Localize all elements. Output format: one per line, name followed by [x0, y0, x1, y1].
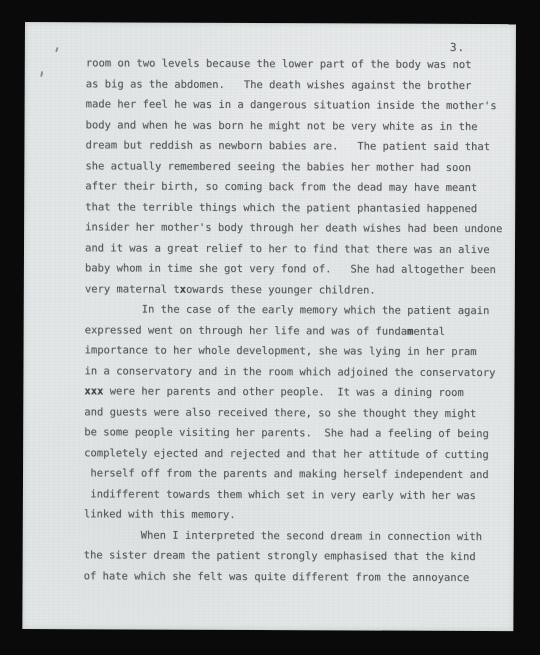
text-line: When I interpreted the second dream in c…	[84, 525, 494, 547]
text-line: of hate which she felt was quite differe…	[84, 566, 494, 588]
text-line: dream but reddish as newborn babies are.…	[85, 135, 495, 157]
text-line: completely ejected and rejected and that…	[84, 443, 494, 465]
ink-speck	[55, 47, 58, 52]
page-number: 3.	[450, 41, 465, 54]
text-line: room on two levels because the lower par…	[86, 53, 496, 75]
text-line: after their birth, so coming back from t…	[85, 176, 495, 198]
text-line: be some people visiting her parents. She…	[84, 422, 494, 444]
text-line: body and when he was born he might not b…	[86, 115, 496, 137]
text-line: and it was a great relief to her to find…	[85, 238, 495, 260]
ink-speck	[40, 71, 43, 77]
text-line: in a conservatory and in the room which …	[84, 361, 494, 383]
text-line: very maternal txowards these younger chi…	[85, 279, 495, 301]
text-line: In the case of the early memory which th…	[85, 299, 495, 321]
text-line: the sister dream the patient strongly em…	[84, 545, 494, 567]
text-line: baby whom in time she got very fond of. …	[85, 258, 495, 280]
text-line: she actually remembered seeing the babie…	[85, 156, 495, 178]
text-line: importance to her whole development, she…	[85, 340, 495, 362]
text-line: insider her mother's body through her de…	[85, 217, 495, 239]
document-page: 3. room on two levels because the lower …	[22, 22, 516, 631]
text-line: linked with this memory.	[84, 504, 494, 526]
text-line: herself off from the parents and making …	[84, 463, 494, 485]
text-line: as big as the abdomen. The death wishes …	[86, 74, 496, 96]
text-line: indifferent towards them which set in ve…	[84, 484, 494, 506]
text-line: that the terrible things which the patie…	[85, 197, 495, 219]
typewritten-text-body: room on two levels because the lower par…	[84, 53, 496, 588]
text-line: xxx were her parents and other people. I…	[84, 381, 494, 403]
text-line: and guests were also received there, so …	[84, 402, 494, 424]
text-line: expressed went on through her life and w…	[85, 320, 495, 342]
scan-background: 3. room on two levels because the lower …	[0, 0, 540, 655]
text-line: made her feel he was in a dangerous situ…	[86, 94, 496, 116]
